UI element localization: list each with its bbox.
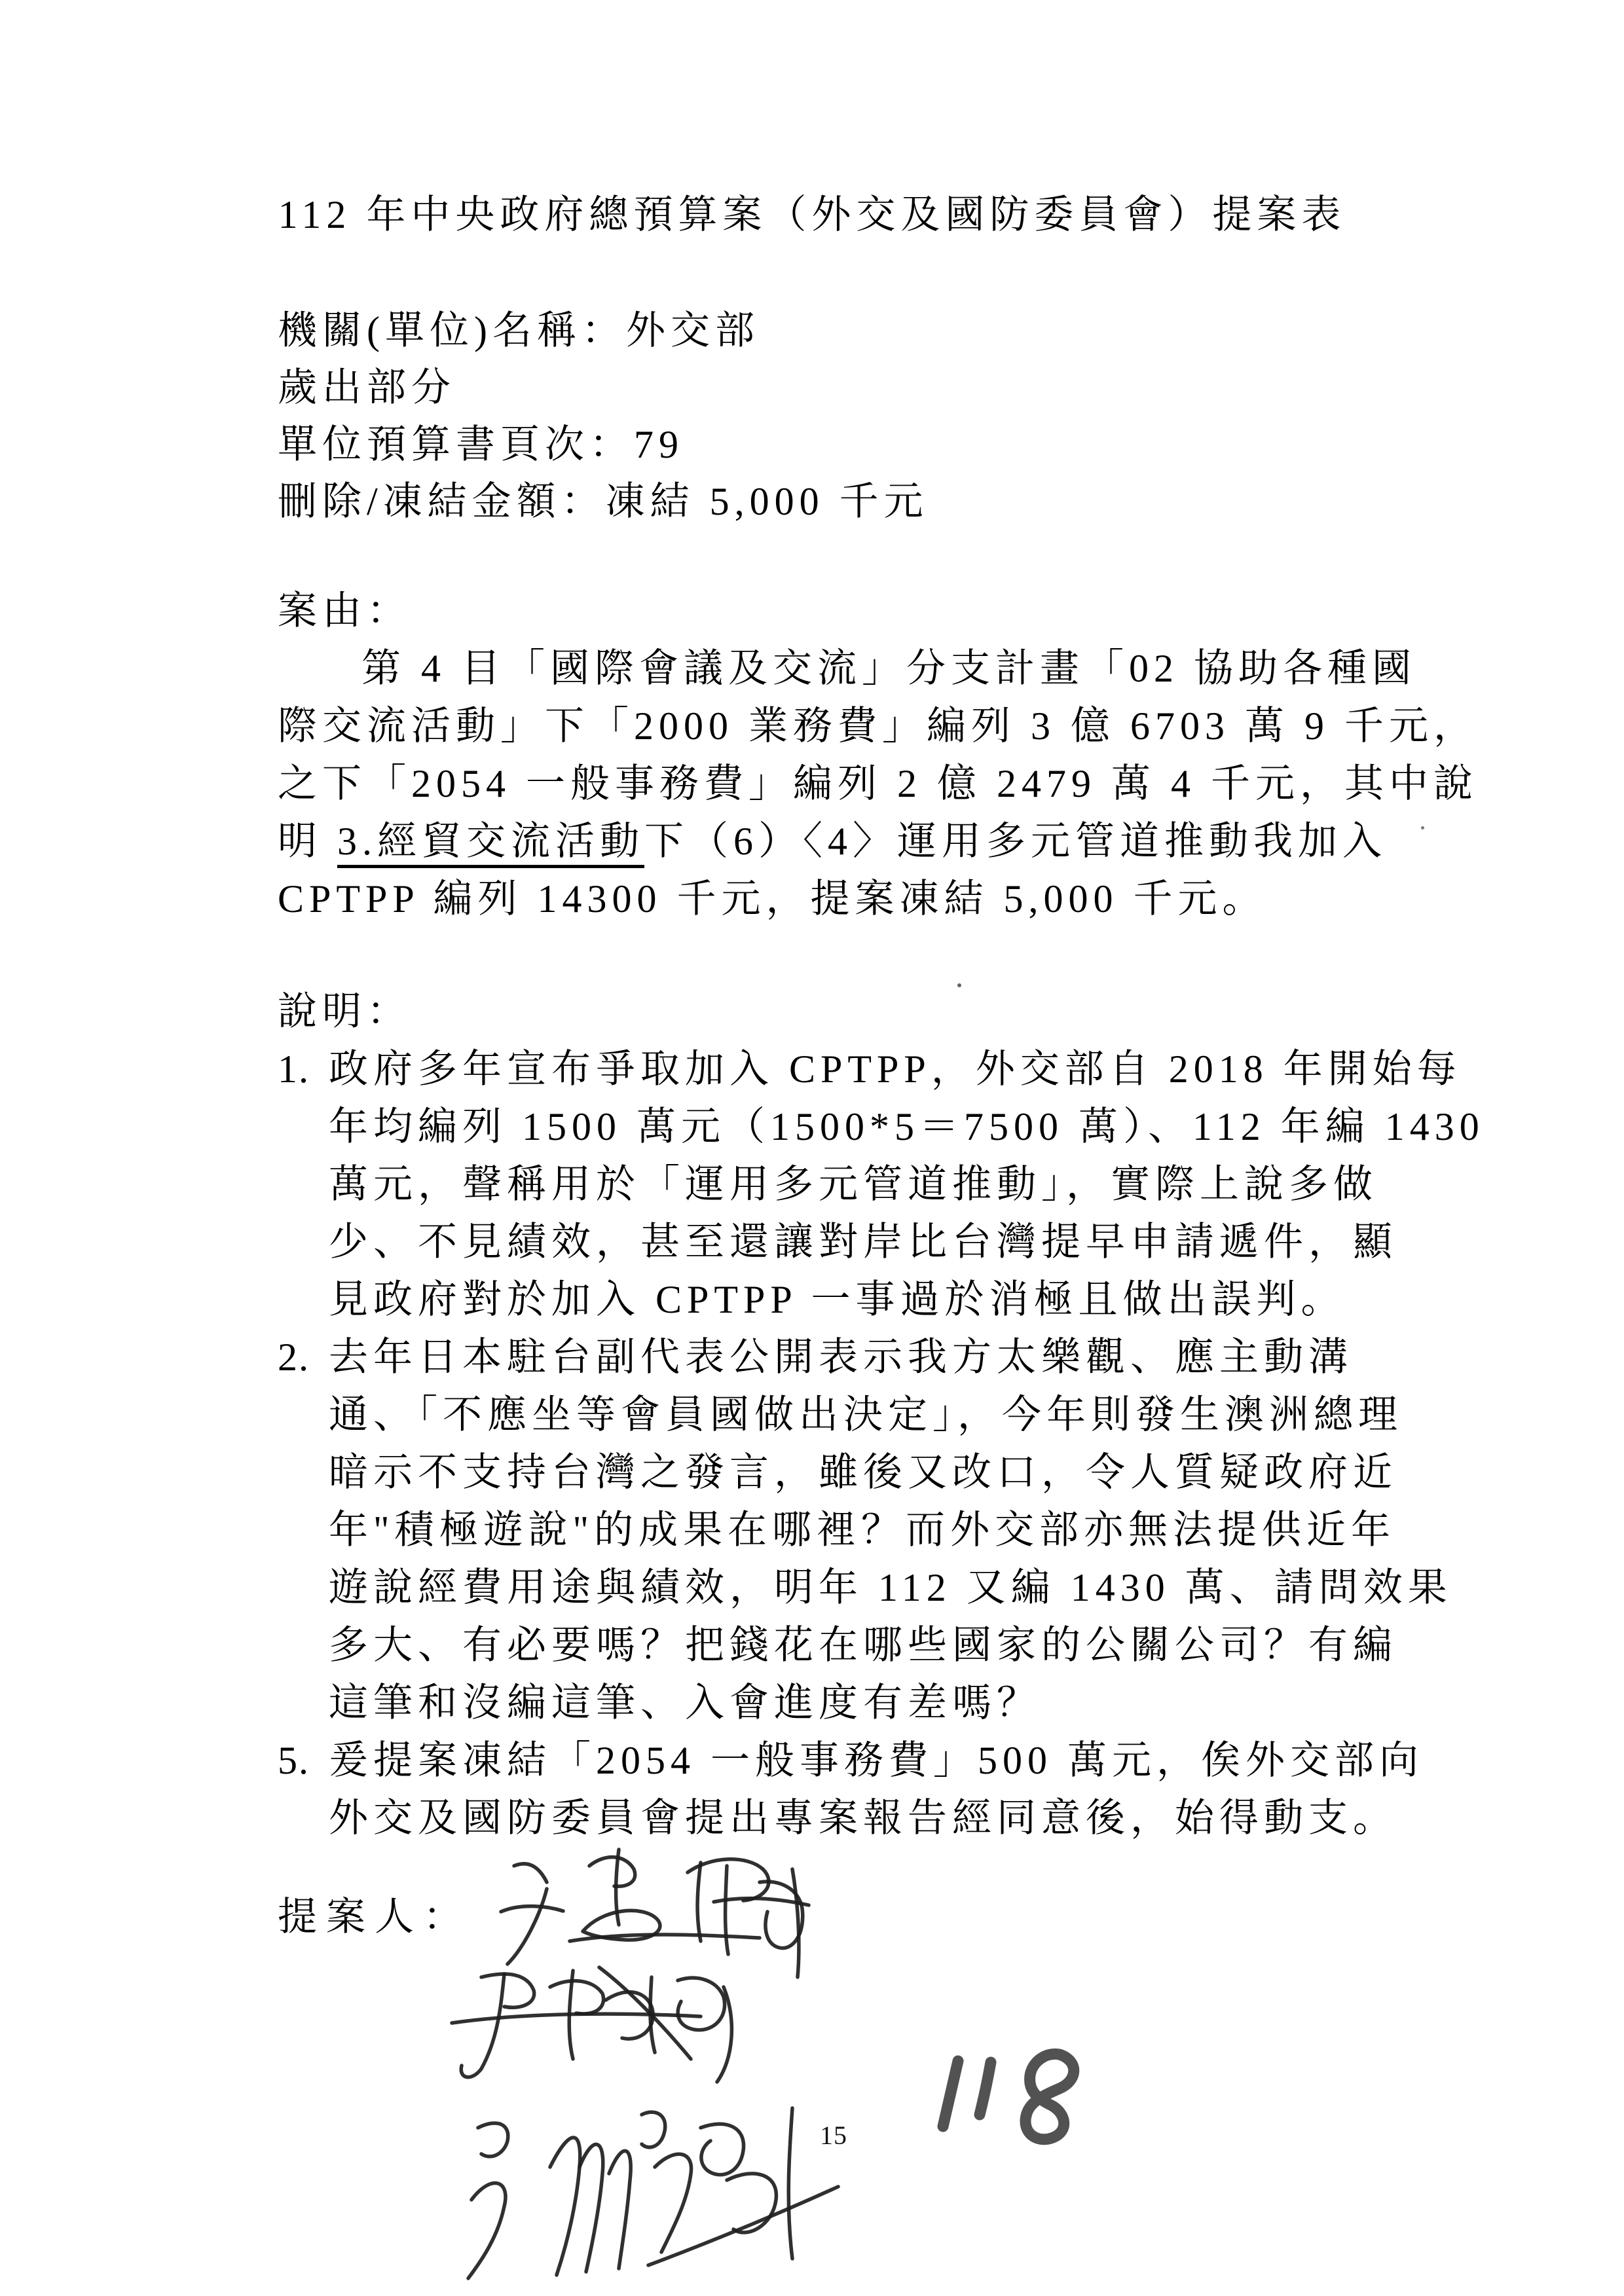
explanation-section: 說明： 1.政府多年宣布爭取加入 CPTPP，外交部自 2018 年開始每 年均… <box>278 983 1485 1847</box>
explain-item-line: 年均編列 1500 萬元（1500*5＝7500 萬）、112 年編 1430 <box>278 1098 1485 1156</box>
explain-item-line: 外交及國防委員會提出專案報告經同意後，始得動支。 <box>278 1789 1485 1847</box>
explain-item-line: 年"積極遊說"的成果在哪裡？而外交部亦無法提供近年 <box>278 1501 1485 1559</box>
explain-line: 見政府對於加入 CPTPP 一事過於消極且做出誤判。 <box>329 1278 1346 1321</box>
meta-block: 機關(單位)名稱：外交部 歲出部分 單位預算書頁次：79 刪除/凍結金額：凍結 … <box>278 302 929 530</box>
explain-line: 年"積極遊說"的成果在哪裡？而外交部亦無法提供近年 <box>329 1508 1395 1552</box>
case-underline-post: 下（6）〈4〉運用多元管道推動我加入 <box>644 820 1387 863</box>
explain-line: 外交及國防委員會提出專案報告經同意後，始得動支。 <box>329 1796 1397 1840</box>
freeze-amount-line: 刪除/凍結金額：凍結 5,000 千元 <box>278 473 929 530</box>
budget-book-page-line: 單位預算書頁次：79 <box>278 416 929 473</box>
explain-line: 遊說經費用途與績效，明年 112 又編 1430 萬、請問效果 <box>329 1566 1452 1609</box>
explain-item-line: 少、不見績效，甚至還讓對岸比台灣提早申請遞件，顯 <box>278 1213 1485 1271</box>
item-number: 1. <box>278 1040 310 1098</box>
explain-item-line: 1.政府多年宣布爭取加入 CPTPP，外交部自 2018 年開始每 <box>278 1040 1485 1098</box>
scan-speck <box>957 983 961 987</box>
explain-item-line: 多大、有必要嗎？把錢花在哪些國家的公關公司？有編 <box>278 1616 1485 1674</box>
agency-name-line: 機關(單位)名稱：外交部 <box>278 302 929 359</box>
explain-item-line: 見政府對於加入 CPTPP 一事過於消極且做出誤判。 <box>278 1271 1485 1328</box>
explain-line: 去年日本駐台副代表公開表示我方太樂觀、應主動溝 <box>329 1336 1353 1379</box>
proposer-label: 提案人： <box>278 1888 471 1946</box>
explain-item-line: 通、「不應坐等會員國做出決定」，今年則發生澳洲總理 <box>278 1386 1485 1444</box>
case-line: 際交流活動」下「2000 業務費」編列 3 億 6703 萬 9 千元， <box>278 697 1478 755</box>
case-line-underlined: 明 3.經貿交流活動下（6）〈4〉運用多元管道推動我加入 <box>278 812 1478 870</box>
handwritten-signature-3 <box>452 2088 858 2285</box>
explain-item-line: 這筆和沒編這筆、入會進度有差嗎？ <box>278 1674 1485 1732</box>
explain-line: 通、「不應坐等會員國做出決定」，今年則發生澳洲總理 <box>329 1393 1403 1436</box>
handwritten-signature-2 <box>442 1961 796 2085</box>
explain-item-line: 2.去年日本駐台副代表公開表示我方太樂觀、應主動溝 <box>278 1328 1485 1386</box>
case-label: 案由： <box>278 582 1478 640</box>
explain-line: 爰提案凍結「2054 一般事務費」500 萬元，俟外交部向 <box>329 1739 1424 1782</box>
explain-item-line: 萬元，聲稱用於「運用多元管道推動」，實際上說多做 <box>278 1156 1485 1213</box>
explain-line: 年均編列 1500 萬元（1500*5＝7500 萬）、112 年編 1430 <box>329 1105 1485 1148</box>
underlined-segment: 3.經貿交流活動 <box>337 820 644 868</box>
case-line: 第 4 目「國際會議及交流」分支計畫「02 協助各種國 <box>278 640 1478 697</box>
explain-line: 多大、有必要嗎？把錢花在哪些國家的公關公司？有編 <box>329 1624 1397 1667</box>
document-title: 112 年中央政府總預算案（外交及國防委員會）提案表 <box>0 186 1624 244</box>
case-section: 案由： 第 4 目「國際會議及交流」分支計畫「02 協助各種國 際交流活動」下「… <box>278 582 1478 928</box>
case-line: CPTPP 編列 14300 千元，提案凍結 5,000 千元。 <box>278 870 1478 928</box>
explanation-label: 說明： <box>278 983 1485 1040</box>
explain-item-line: 暗示不支持台灣之發言，雖後又改口，令人質疑政府近 <box>278 1444 1485 1501</box>
explain-line: 這筆和沒編這筆、入會進度有差嗎？ <box>329 1681 1041 1724</box>
item-number: 2. <box>278 1328 310 1386</box>
scan-speck <box>1421 826 1424 829</box>
printed-page-number: 15 <box>820 2120 847 2151</box>
handwritten-page-number-118 <box>929 2041 1099 2153</box>
item-number: 5. <box>278 1732 310 1789</box>
handwritten-signature-1 <box>485 1843 825 1980</box>
explain-item-line: 5.爰提案凍結「2054 一般事務費」500 萬元，俟外交部向 <box>278 1732 1485 1789</box>
scanned-document-page: 112 年中央政府總預算案（外交及國防委員會）提案表 機關(單位)名稱：外交部 … <box>0 0 1624 2296</box>
explain-line: 少、不見績效，甚至還讓對岸比台灣提早申請遞件，顯 <box>329 1220 1397 1264</box>
case-line: 之下「2054 一般事務費」編列 2 億 2479 萬 4 千元，其中說 <box>278 755 1478 812</box>
expenditure-section-line: 歲出部分 <box>278 359 929 416</box>
explain-line: 政府多年宣布爭取加入 CPTPP，外交部自 2018 年開始每 <box>329 1048 1462 1091</box>
case-underline-pre: 明 <box>278 820 337 863</box>
explain-line: 萬元，聲稱用於「運用多元管道推動」，實際上說多做 <box>329 1163 1378 1206</box>
explain-line: 暗示不支持台灣之發言，雖後又改口，令人質疑政府近 <box>329 1451 1397 1494</box>
explain-item-line: 遊說經費用途與績效，明年 112 又編 1430 萬、請問效果 <box>278 1559 1485 1616</box>
